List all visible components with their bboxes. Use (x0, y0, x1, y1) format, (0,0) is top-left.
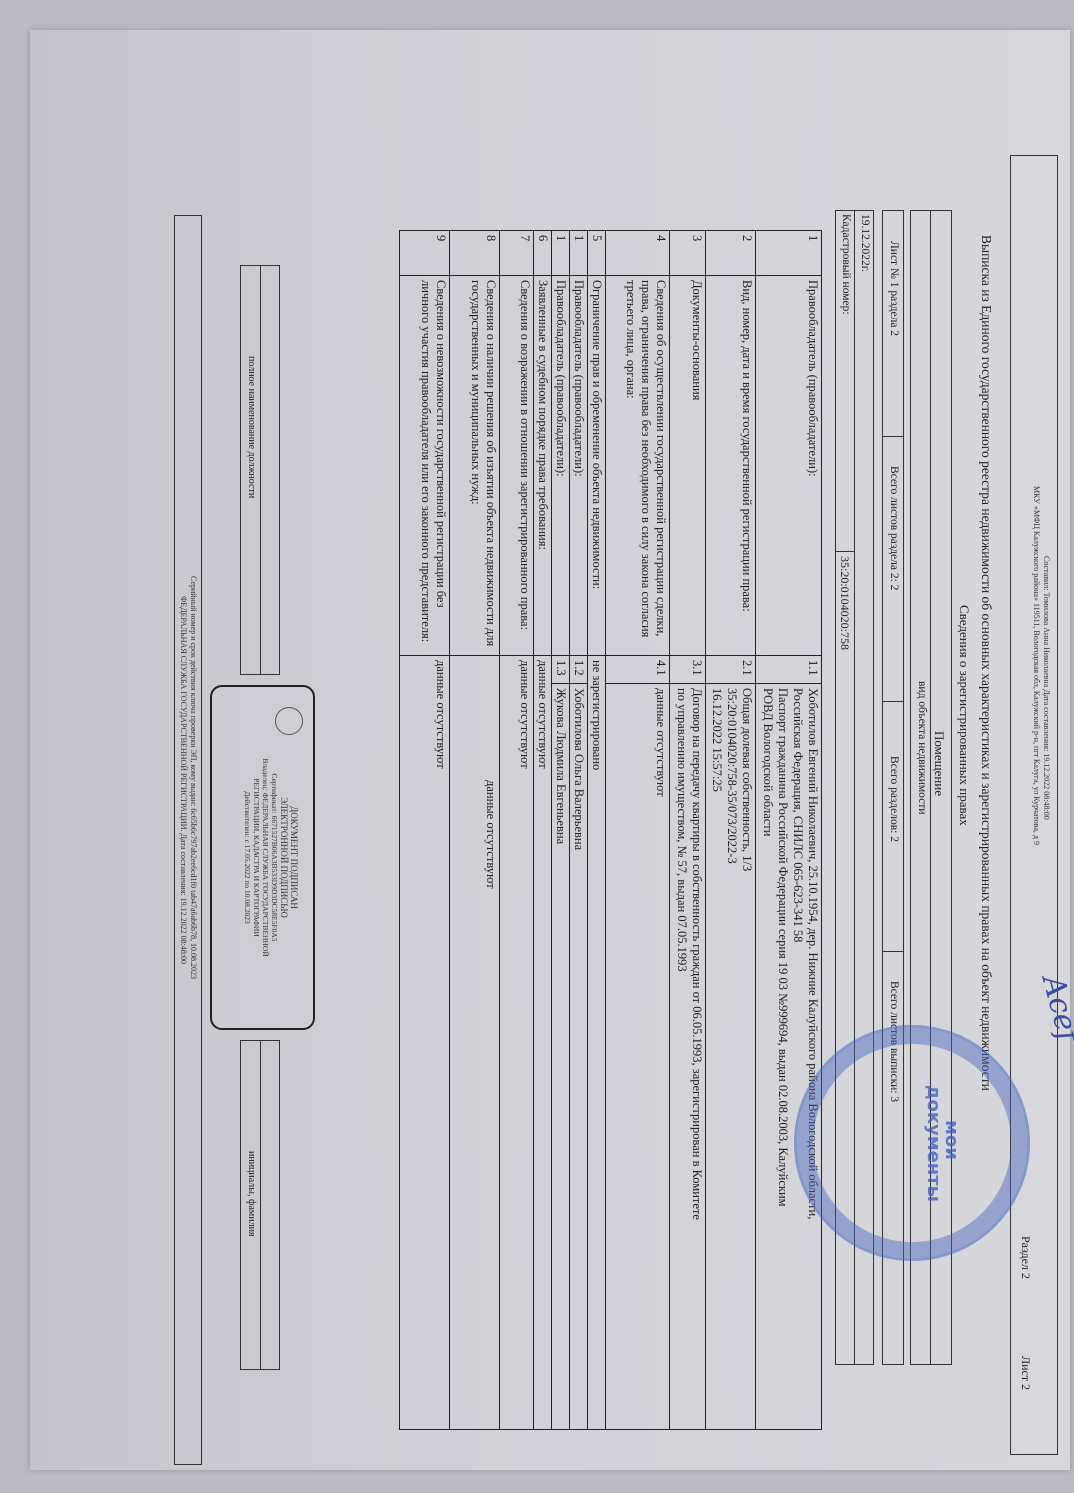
table-row: 8 Сведения о наличии решения об изъятии … (450, 231, 500, 1430)
header-box: Составил: Томилова Анна Николаевна Дата … (1010, 155, 1058, 1455)
document-title: Выписка из Единого государственного реес… (978, 235, 994, 1091)
egrn-extract-page: Составил: Томилова Анна Николаевна Дата … (110, 155, 1070, 1485)
extract-date: 19.12.2022г. (859, 214, 871, 272)
stamp-brand: мои документы (924, 1085, 960, 1195)
table-row: 1 Правообладатель (правообладатели): 1.2… (570, 231, 588, 1430)
sheets-in-section: Всего листов раздела 2: 2 (888, 466, 900, 590)
position-caption: полное наименование должности (246, 356, 257, 498)
row-sub-number: 1.1 (756, 656, 822, 684)
table-row: 3 Документы-основания 3.1 Договор на пер… (670, 231, 706, 1430)
table-row: 1 Правообладатель (правообладатели): 1.1… (756, 231, 822, 1430)
cadastral-label: Кадастровый номер: (840, 214, 852, 315)
object-type-caption: вид объекта недвижимости (916, 681, 928, 815)
section-label: Раздел 2 (1018, 1236, 1033, 1279)
position-box: полное наименование должности (240, 265, 280, 675)
table-row: 4 Сведения об осуществлении государствен… (606, 231, 670, 1430)
electronic-signature-block: ДОКУМЕНТ ПОДПИСАН ЭЛЕКТРОННОЙ ПОДПИСЬЮ С… (210, 685, 315, 1030)
row-label: Правообладатель (правообладатели): (756, 276, 822, 656)
serial-line: Серийный номер и срок действия ключа про… (189, 576, 198, 979)
footer-box: Серийный номер и срок действия ключа про… (174, 215, 202, 1465)
agency-line: ФЕДЕРАЛЬНАЯ СЛУЖБА ГОСУДАРСТВЕННОЙ РЕГИС… (179, 596, 188, 964)
sheet-number: Лист № 1 раздела 2 (888, 241, 900, 336)
row-number: 1 (756, 231, 822, 276)
table-row: 7 Сведения о возражении в отношении заре… (500, 231, 534, 1430)
document-subtitle: Сведения о зарегистрированных правах (956, 605, 972, 826)
compiled-by-line: Составил: Томилова Анна Николаевна Дата … (1042, 556, 1051, 820)
emblem-icon (275, 707, 303, 735)
initials-caption: инициалы, фамилия (246, 1151, 257, 1237)
moi-dokumenty-stamp (794, 1025, 1030, 1261)
table-row: 5 Ограничение прав и обременение объекта… (588, 231, 606, 1430)
table-row: 1 Правообладатель (правообладатели): 1.3… (552, 231, 570, 1430)
table-row: 6 Заявленные в судебном порядке права тр… (534, 231, 552, 1430)
table-row: 9 Сведения о невозможности государственн… (400, 231, 450, 1430)
document-paper: Составил: Томилова Анна Николаевна Дата … (30, 30, 1070, 1470)
mfc-line: МКУ «МФЦ Калужского района» 119511, Воло… (1032, 486, 1041, 845)
initials-box: инициалы, фамилия (240, 1040, 280, 1370)
row-value: Хоботилов Евгений Николаевич, 25.10.1954… (756, 684, 822, 1430)
sections-total: Всего разделов: 2 (888, 756, 900, 842)
sheet-label: Лист 2 (1018, 1356, 1033, 1390)
rights-table: 1 Правообладатель (правообладатели): 1.1… (399, 230, 822, 1430)
object-type-value: Помещение (931, 731, 947, 796)
cadastral-number: 35:20:0104020:758 (837, 556, 852, 650)
table-row: 2 Вид, номер, дата и время государственн… (706, 231, 756, 1430)
